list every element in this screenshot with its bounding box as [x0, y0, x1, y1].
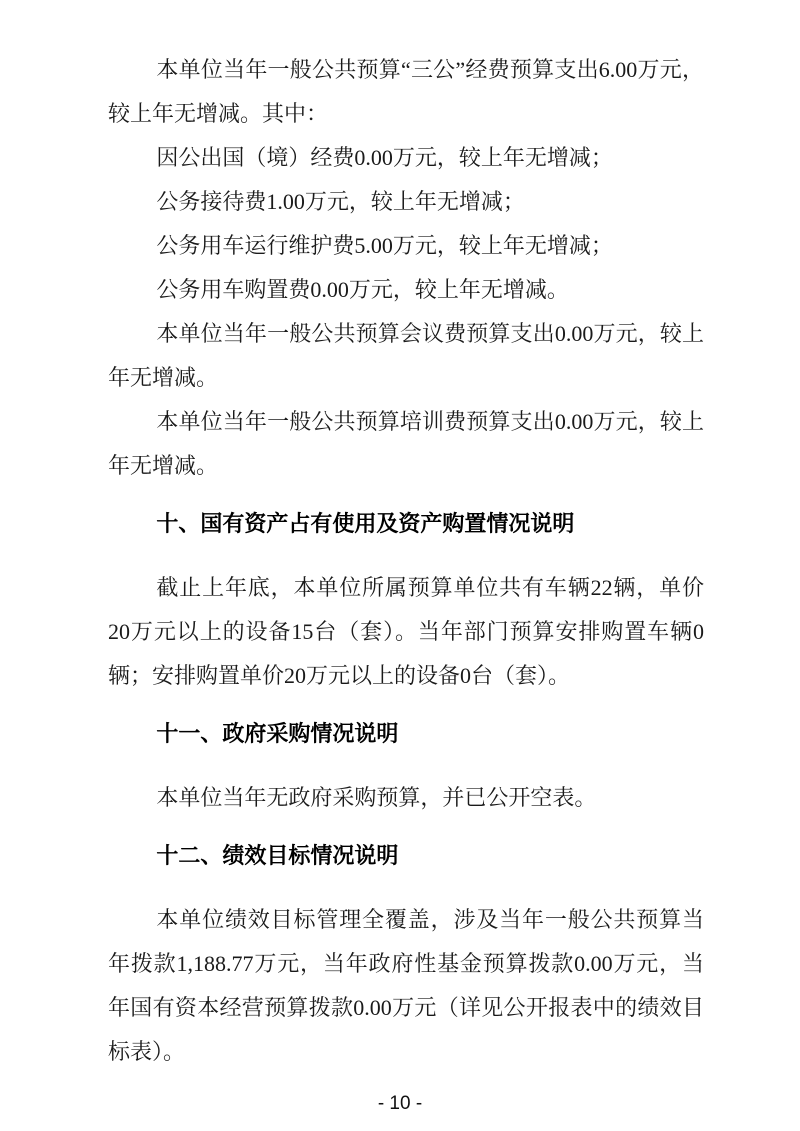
page-number: - 10 - [0, 1093, 800, 1115]
body-paragraph: 因公出国（境）经费0.00万元，较上年无增减； [108, 136, 704, 180]
body-paragraph: 本单位当年一般公共预算“三公”经费预算支出6.00万元，较上年无增减。其中： [108, 48, 704, 136]
body-paragraph: 公务用车运行维护费5.00万元，较上年无增减； [108, 224, 704, 268]
body-paragraph: 本单位当年一般公共预算会议费预算支出0.00万元，较上年无增减。 [108, 312, 704, 400]
section-heading: 十、国有资产占有使用及资产购置情况说明 [108, 502, 704, 546]
body-paragraph: 公务用车购置费0.00万元，较上年无增减。 [108, 268, 704, 312]
body-paragraph: 截止上年底，本单位所属预算单位共有车辆22辆，单价20万元以上的设备15台（套）… [108, 566, 704, 698]
document-body: 本单位当年一般公共预算“三公”经费预算支出6.00万元，较上年无增减。其中：因公… [108, 48, 704, 1074]
section-heading: 十二、绩效目标情况说明 [108, 834, 704, 878]
body-paragraph: 本单位当年一般公共预算培训费预算支出0.00万元，较上年无增减。 [108, 400, 704, 488]
body-paragraph: 公务接待费1.00万元，较上年无增减； [108, 180, 704, 224]
body-paragraph: 本单位当年无政府采购预算，并已公开空表。 [108, 776, 704, 820]
document-page: 本单位当年一般公共预算“三公”经费预算支出6.00万元，较上年无增减。其中：因公… [0, 0, 800, 1131]
section-heading: 十一、政府采购情况说明 [108, 712, 704, 756]
body-paragraph: 本单位绩效目标管理全覆盖，涉及当年一般公共预算当年拨款1,188.77万元，当年… [108, 898, 704, 1074]
